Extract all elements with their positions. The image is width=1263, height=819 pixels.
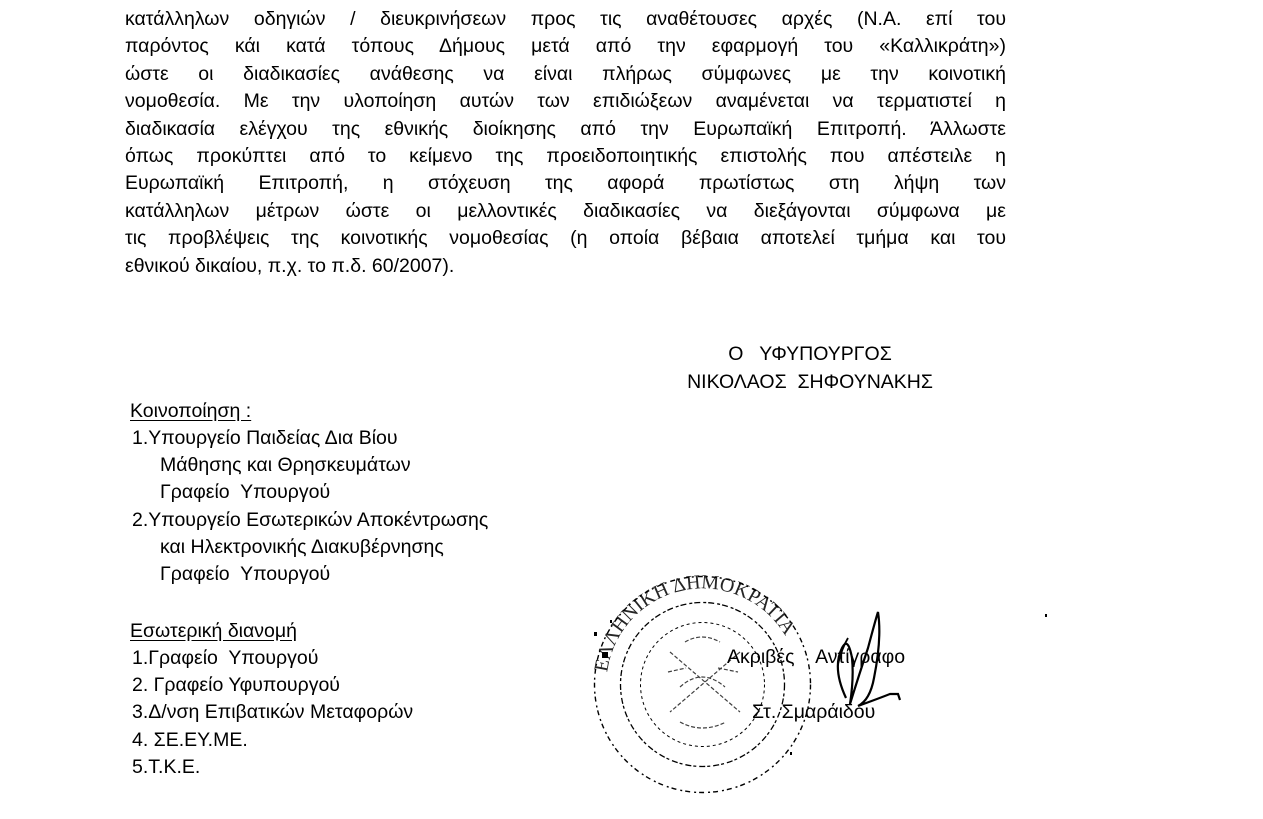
scan-artifact [956,160,957,162]
official-seal-icon: ΕΛΛΗΝΙΚΗ ΔΗΜΟΚΡΑΤΙΑ [590,572,815,797]
body-line: τις προβλέψεις της κοινοτικής νομοθεσίας… [125,225,1006,252]
handwritten-signature-icon [828,608,908,718]
body-line: εθνικού δικαίου, π.χ. το π.δ. 60/2007). [125,253,1006,280]
internal-heading: Εσωτερική διανομή [130,618,413,645]
cc-item-detail: και Ηλεκτρονικής Διακυβέρνησης [130,534,488,561]
body-line: όπως προκύπτει από το κείμενο της προειδ… [125,143,1006,170]
cc-heading: Κοινοποίηση : [130,398,488,425]
internal-item: 5.Τ.Κ.Ε. [130,754,413,781]
signatory-title: Ο ΥΦΥΠΟΥΡΓΟΣ [640,340,980,368]
cc-list: Κοινοποίηση : 1.Υπουργείο Παιδείας Δια Β… [130,398,488,588]
cc-item-detail: Γραφείο Υπουργού [130,561,488,588]
cc-item-detail: Μάθησης και Θρησκευμάτων [130,452,488,479]
cc-item: 2.Υπουργείο Εσωτερικών Αποκέντρωσης [130,507,488,534]
cc-item: 1.Υπουργείο Παιδείας Δια Βίου [130,425,488,452]
signatory-block: Ο ΥΦΥΠΟΥΡΓΟΣ ΝΙΚΟΛΑΟΣ ΣΗΦΟΥΝΑΚΗΣ [640,340,980,396]
body-line: ώστε οι διαδικασίες ανάθεσης να είναι πλ… [125,61,1006,88]
document-page: κατάλληλων οδηγιών / διευκρινήσεων προς … [0,0,1263,819]
scan-artifact [1045,614,1047,617]
internal-item: 1.Γραφείο Υπουργού [130,645,413,672]
internal-item: 4. ΣΕ.ΕΥ.ΜΕ. [130,727,413,754]
body-line: νομοθεσία. Με την υλοποίηση αυτών των επ… [125,88,1006,115]
cc-item-detail: Γραφείο Υπουργού [130,479,488,506]
internal-item: 3.Δ/νση Επιβατικών Μεταφορών [130,699,413,726]
body-line: διαδικασία ελέγχου της εθνικής διοίκησης… [125,116,1006,143]
body-line: κατάλληλων μέτρων ώστε οι μελλοντικές δι… [125,198,1006,225]
body-line: παρόντος κάι κατά τόπους Δήμους μετά από… [125,33,1006,60]
body-paragraph: κατάλληλων οδηγιών / διευκρινήσεων προς … [125,6,1006,280]
body-line: Ευρωπαϊκή Επιτροπή, η στόχευση της αφορά… [125,170,1006,197]
signatory-name: ΝΙΚΟΛΑΟΣ ΣΗΦΟΥΝΑΚΗΣ [640,368,980,396]
body-line: κατάλληλων οδηγιών / διευκρινήσεων προς … [125,6,1006,33]
internal-item: 2. Γραφείο Υφυπουργού [130,672,413,699]
internal-distribution-list: Εσωτερική διανομή 1.Γραφείο Υπουργού 2. … [130,618,413,781]
